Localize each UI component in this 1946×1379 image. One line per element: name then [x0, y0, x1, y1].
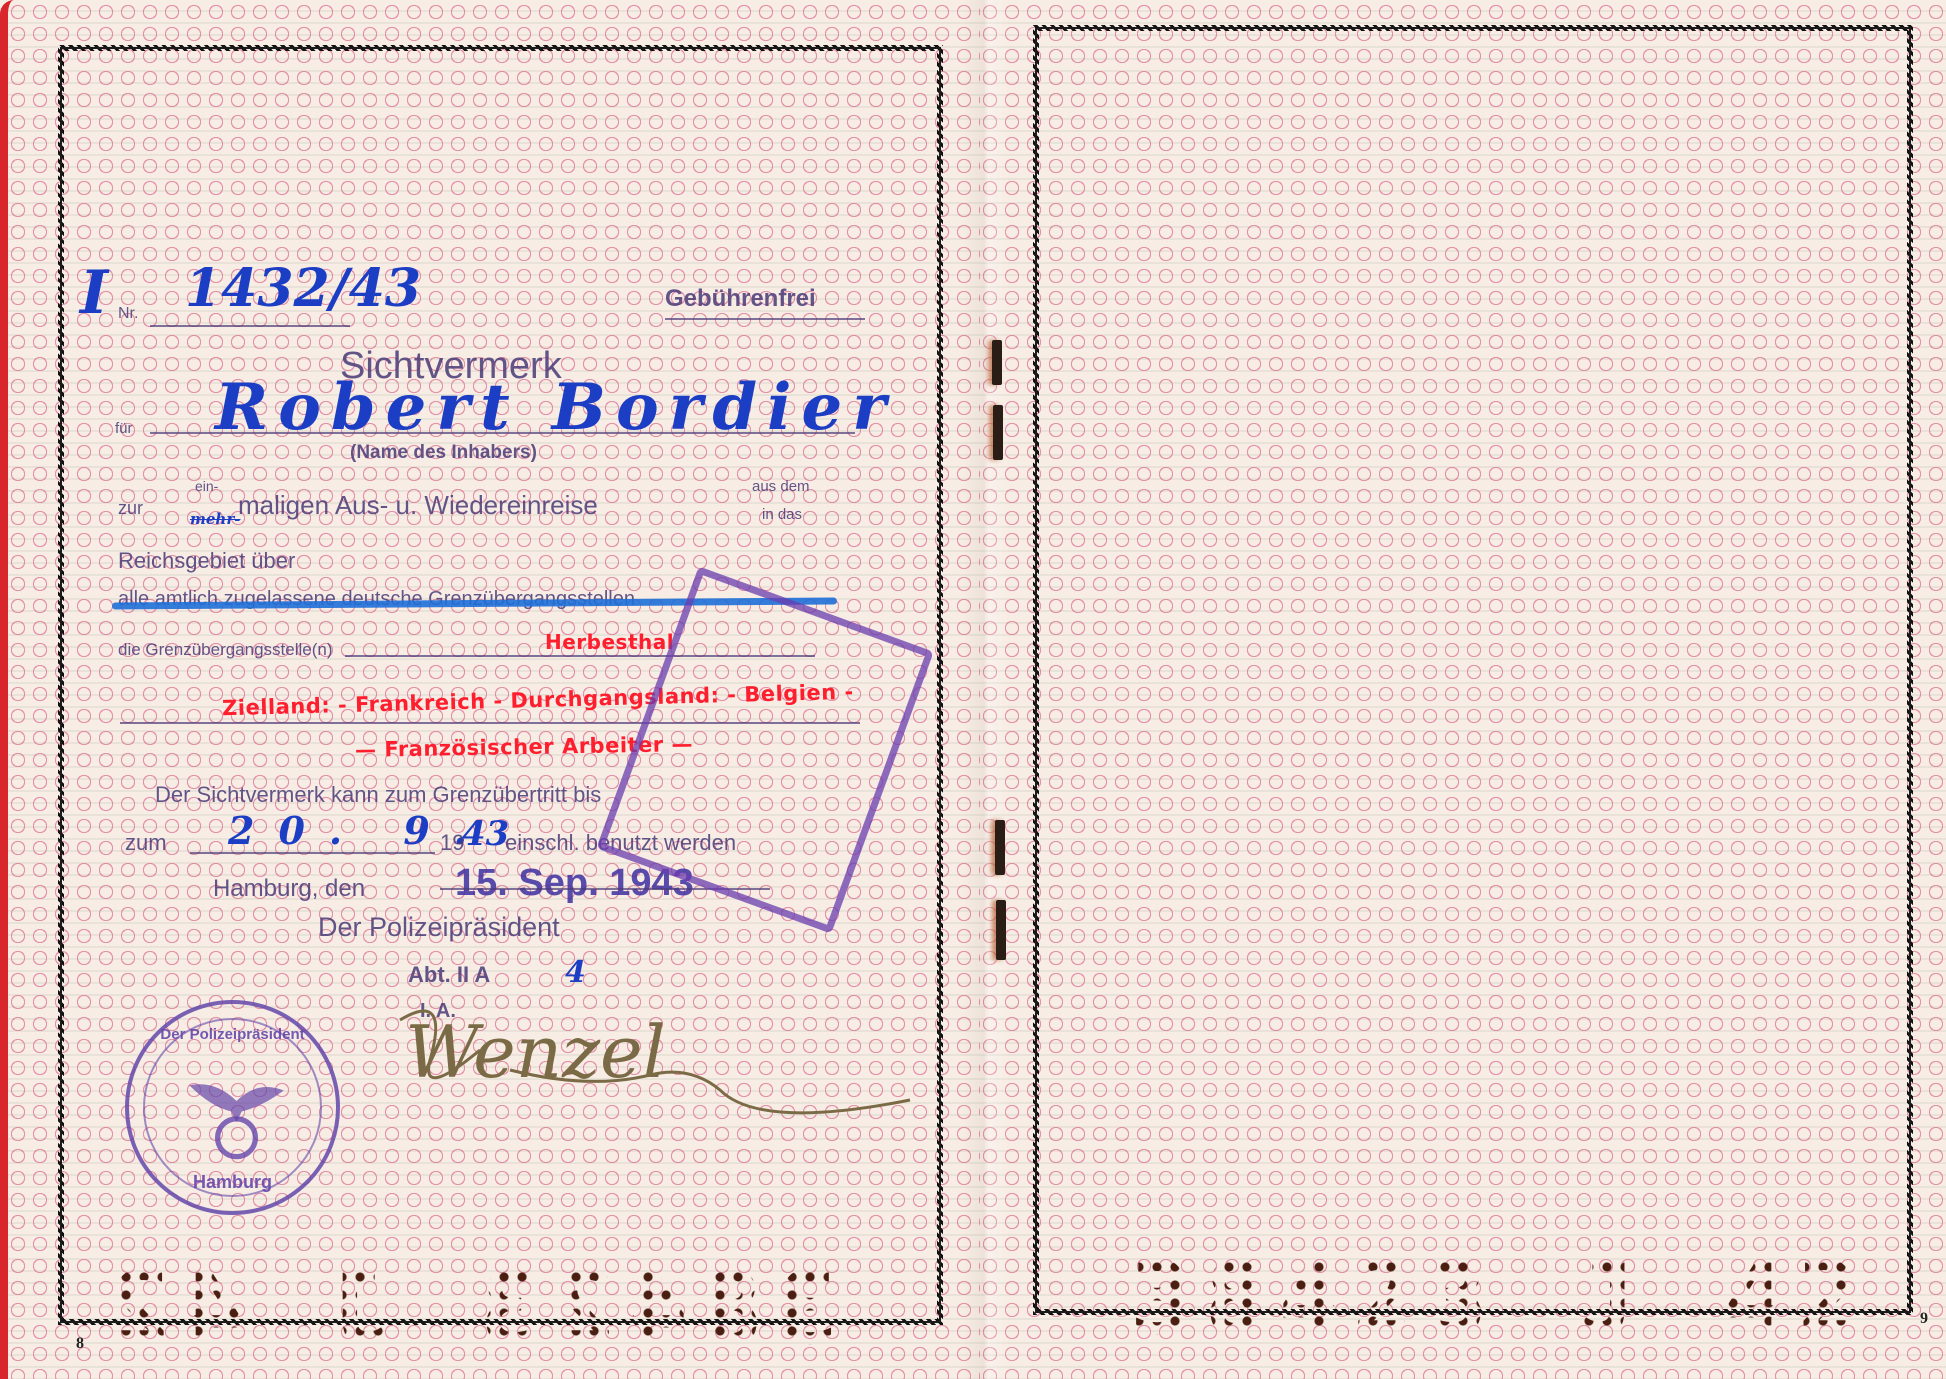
fee-underline	[665, 318, 865, 320]
page-number-left: 8	[76, 1335, 84, 1353]
name-underline	[150, 432, 855, 434]
staple-icon	[996, 900, 1006, 960]
validity-line: Der Sichtvermerk kann zum Grenzübertritt…	[155, 782, 601, 808]
fee-label: Gebührenfrei	[665, 285, 816, 313]
place-label: Hamburg, den	[213, 875, 365, 903]
book-gutter	[962, 0, 1010, 1379]
reference-prefix: I	[80, 258, 108, 328]
police-seal: Der Polizeipräsident Hamburg	[125, 1000, 340, 1215]
nr-value: 1432/43	[185, 258, 421, 319]
authority: Der Polizeipräsident	[318, 912, 560, 943]
validity-year-prefix: 19	[440, 830, 464, 856]
validity-year: 43	[462, 814, 509, 854]
staple-icon	[993, 405, 1003, 460]
territory-line: Reichsgebiet über	[118, 548, 295, 574]
direction-bottom: in das	[762, 506, 802, 523]
purpose-option-mehr-struck: mehr-	[190, 510, 240, 528]
purpose-prefix: zur	[118, 498, 143, 519]
for-label: für	[115, 420, 133, 437]
validity-prefix: zum	[125, 830, 167, 856]
right-page-border	[1033, 25, 1913, 1315]
holder-caption: (Name des Inhabers)	[350, 442, 537, 464]
crossing-value: Herbesthal	[545, 630, 674, 654]
crossing-label: die Grenzübergangsstelle(n)	[118, 640, 333, 660]
perforation-number-left: 38423 J 42	[95, 1250, 837, 1367]
eagle-emblem-icon	[184, 1059, 289, 1164]
purpose-text: maligen Aus- u. Wiedereinreise	[238, 490, 598, 521]
purpose-option-ein: ein-	[195, 478, 218, 494]
page-number-right: 9	[1920, 1310, 1928, 1328]
perforation-number-right: 38423 J 42	[1130, 1240, 1872, 1357]
nr-label: Nr.	[118, 305, 138, 323]
direction-top: aus dem	[752, 478, 810, 495]
staple-icon	[995, 820, 1005, 875]
nr-underline	[150, 325, 350, 327]
staple-icon	[992, 340, 1002, 385]
signature-flourish	[390, 980, 950, 1140]
